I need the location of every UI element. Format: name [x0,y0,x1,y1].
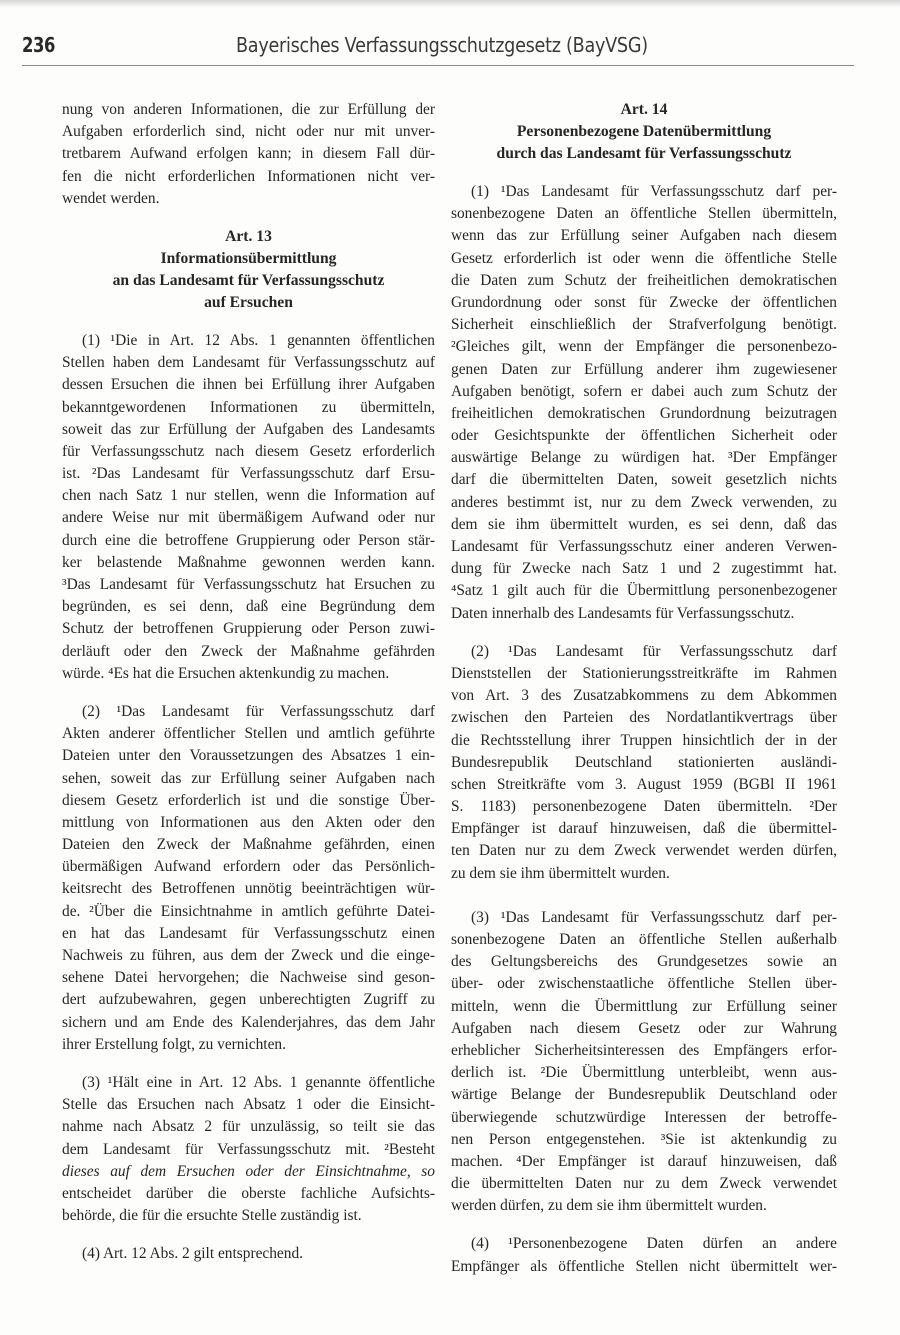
text-line: Nachweis zu führen, aus dem der Zweck un… [62,945,435,967]
article-title-line: Informationsübermittlung [62,248,435,270]
text-line: ²Gleiches gilt, wenn der Empfänger die p… [451,336,837,358]
text-line: dem Landesamt für Verfassungsschutz mit.… [62,1139,435,1161]
art14-paragraph-3: (3) ¹Das Landesamt für Verfassungsschutz… [451,907,837,1218]
text-line: dert aufzubewahren, gegen unberechtigten… [62,989,435,1011]
text-line: darf die übermittelten Daten, soweit ges… [451,469,837,491]
text-line: chen nach Satz 1 nur stellen, wenn die I… [62,485,435,507]
text-line: Grundordnung oder sonst für Zwecke der ö… [451,292,837,314]
text-line: Daten innerhalb des Landesamts für Verfa… [451,603,837,625]
article-title-line: an das Landesamt für Verfassungsschutz [62,270,435,292]
text-line: Schutz der betroffenen Gruppierung oder … [62,618,435,640]
art13-paragraph-2: (2) ¹Das Landesamt für Verfassungsschutz… [62,701,435,1056]
text-line: Landesamt für Verfassungsschutz einer an… [451,536,837,558]
text-line: (3) ¹Hält eine in Art. 12 Abs. 1 genannt… [62,1072,435,1094]
text-line: überwiegende schutzwürdige Interessen de… [451,1107,837,1129]
text-line: ⁴Satz 1 gilt auch für die Übermittlung p… [451,580,837,602]
text-line: zwischen den Parteien des Nordatlantikve… [451,707,837,729]
continued-paragraph: nung von anderen Informationen, die zur … [62,99,435,210]
text-line: wärtige Belange der Bundesrepublik Deuts… [451,1084,837,1106]
text-line: Aufgaben nach diesem Gesetz oder zur Wah… [451,1018,837,1040]
art14-paragraph-1: (1) ¹Das Landesamt für Verfassungsschutz… [451,181,837,625]
text-line: ³Das Landesamt für Verfassungsschutz hat… [62,574,435,596]
article-title-line: auf Ersuchen [62,292,435,314]
text-line: derläuft oder den Zweck der Maßnahme gef… [62,641,435,663]
text-line: diesem Gesetz erforderlich ist und die s… [62,790,435,812]
text-line: die Daten zum Schutz der freiheitlichen … [451,270,837,292]
article-title-line: durch das Landesamt für Verfassungsschut… [451,143,837,165]
text-line: sonenbezogene Daten an öffentliche Stell… [451,203,837,225]
text-line: S. 1183) personenbezogene Daten übermitt… [451,796,837,818]
text-line: (1) ¹Die in Art. 12 Abs. 1 genannten öff… [62,330,435,352]
page-number: 236 [22,33,55,57]
art13-paragraph-4: (4) Art. 12 Abs. 2 gilt entsprechend. [62,1243,435,1265]
art14-paragraph-4: (4) ¹Personenbezogene Daten dürfen an an… [451,1233,837,1277]
text-line: übermäßigen Aufwand erfordern oder das P… [62,856,435,878]
text-line: anderes bestimmt ist, nur zu dem Zweck v… [451,492,837,514]
text-line: machen. ⁴Der Empfänger ist darauf hinzuw… [451,1151,837,1173]
art14-paragraph-2: (2) ¹Das Landesamt für Verfassungsschutz… [451,641,837,885]
article-14-heading: Art. 14 Personenbezogene Datenübermittlu… [451,99,837,165]
text-line: Akten anderer öffentlicher Stellen und a… [62,723,435,745]
text-line: würde. ⁴Es hat die Ersuchen aktenkundig … [62,663,435,685]
art13-paragraph-3: (3) ¹Hält eine in Art. 12 Abs. 1 genannt… [62,1072,435,1227]
text-line: über- oder zwischenstaatliche öffentlich… [451,973,837,995]
text-line: keitsrecht des Betroffenen unnötig beein… [62,878,435,900]
text-line: begründen, es sei denn, daß eine Begründ… [62,596,435,618]
text-line: (2) ¹Das Landesamt für Verfassungsschutz… [62,701,435,723]
text-line: andere Weise nur mit übermäßigem Aufwand… [62,507,435,529]
article-number: Art. 13 [62,226,435,248]
text-line: ten Daten nur zu dem Zweck verwendet wer… [451,840,837,862]
text-line: freiheitlichen demokratischen Grundordnu… [451,403,837,425]
text-line: Aufgaben benötigt, sofern er dabei auch … [451,381,837,403]
text-line: sonenbezogene Daten an öffentliche Stell… [451,929,837,951]
text-line: behörde, die für die ersuchte Stelle zus… [62,1205,435,1227]
text-line: schen Streitkräfte vom 3. August 1959 (B… [451,774,837,796]
text-line: Sicherheit einschließlich der Strafverfo… [451,314,837,336]
text-line: nen Person entgegenstehen. ³Sie ist akte… [451,1129,837,1151]
text-line: nahme nach Absatz 2 für unzulässig, so t… [62,1116,435,1138]
text-line: Empfänger als öffentliche Stellen nicht … [451,1256,837,1278]
text-line: Aufgaben erforderlich sind, nicht oder n… [62,121,435,143]
article-number: Art. 14 [451,99,837,121]
text-line: für Verfassungsschutz nach diesem Gesetz… [62,441,435,463]
text-line: (2) ¹Das Landesamt für Verfassungsschutz… [451,641,837,663]
text-line: en hat das Landesamt für Verfassungsschu… [62,923,435,945]
text-line: (4) ¹Personenbezogene Daten dürfen an an… [451,1233,837,1255]
running-head: 236 Bayerisches Verfassungsschutzgesetz … [22,33,854,66]
text-line: soweit das zur Erfüllung der Aufgaben de… [62,419,435,441]
text-line: mitteln, wenn die Übermittlung zur Erfül… [451,996,837,1018]
text-line: dung für Zwecke nach Satz 1 und 2 zugest… [451,558,837,580]
text-line: tretbarem Aufwand erfolgen kann; in dies… [62,143,435,165]
text-line: wenn das zur Erfüllung seiner Aufgaben n… [451,225,837,247]
text-line: Bundesrepublik Deutschland stationierten… [451,752,837,774]
text-line: sehen, soweit das zur Erfüllung seiner A… [62,768,435,790]
text-line: Stelle das Ersuchen nach Absatz 1 oder d… [62,1094,435,1116]
text-line: sehene Datei hervorgehen; die Nachweise … [62,967,435,989]
article-title-line: Personenbezogene Datenübermittlung [451,121,837,143]
text-line: Gesetz erforderlich ist oder wenn die öf… [451,248,837,270]
text-line: derlich ist. ²Die Übermittlung unterblei… [451,1062,837,1084]
running-title: Bayerisches Verfassungsschutzgesetz (Bay… [236,33,648,57]
text-line: ist. ²Das Landesamt für Verfassungsschut… [62,463,435,485]
text-line: mittlung von Informationen aus den Akten… [62,812,435,834]
text-line: dieses auf dem Ersuchen oder der Einsich… [62,1161,435,1183]
text-line: de. ²Über die Einsichtnahme in amtlich g… [62,901,435,923]
left-column: nung von anderen Informationen, die zur … [62,99,435,1265]
text-line: Dateien den Zweck der Maßnahme gefährden… [62,834,435,856]
text-line: (4) Art. 12 Abs. 2 gilt entsprechend. [62,1243,435,1265]
text-line: zu dem sie ihm übermittelt wurden. [451,863,837,885]
text-line: Dienststellen der Stationierungsstreitkr… [451,663,837,685]
art13-paragraph-1: (1) ¹Die in Art. 12 Abs. 1 genannten öff… [62,330,435,685]
text-line: genen Daten zur Erfüllung anderer ihm zu… [451,359,837,381]
text-line: Stellen haben dem Landesamt für Verfassu… [62,352,435,374]
text-line: nung von anderen Informationen, die zur … [62,99,435,121]
text-line: die Rechtsstellung ihrer Truppen hinsich… [451,730,837,752]
text-line: fen die nicht erforderlichen Information… [62,166,435,188]
text-line: bekanntgewordenen Informationen zu überm… [62,397,435,419]
text-line: ihrer Erstellung folgt, zu vernichten. [62,1034,435,1056]
scan-edge-shadow [0,0,900,8]
right-column: Art. 14 Personenbezogene Datenübermittlu… [451,99,837,1278]
text-line: auswärtige Belange zu würdigen hat. ³Der… [451,447,837,469]
text-line: oder Gesichtspunkte der öffentlichen Sic… [451,425,837,447]
text-line: Empfänger ist darauf hinzuweisen, daß di… [451,818,837,840]
text-line: dessen Ersuchen die ihnen bei Erfüllung … [62,374,435,396]
text-line: entscheidet darüber die oberste fachlich… [62,1183,435,1205]
text-line: sichern und am Ende des Kalenderjahres, … [62,1012,435,1034]
text-line: des Geltungsbereichs des Grundgesetzes s… [451,951,837,973]
text-line: dem sie ihm übermittelt wurden, es sei d… [451,514,837,536]
text-line: wendet werden. [62,188,435,210]
text-line: (3) ¹Das Landesamt für Verfassungsschutz… [451,907,837,929]
text-line: (1) ¹Das Landesamt für Verfassungsschutz… [451,181,837,203]
text-line: erheblicher Sicherheitsinteressen des Em… [451,1040,837,1062]
text-line: die übermittelten Daten nur zu dem Zweck… [451,1173,837,1195]
text-line: Dateien unter den Voraussetzungen des Ab… [62,745,435,767]
article-13-heading: Art. 13 Informationsübermittlung an das … [62,226,435,314]
text-line: von Art. 3 des Zusatzabkommens zu dem Ab… [451,685,837,707]
text-line: ker belastende Maßnahme gewonnen werden … [62,552,435,574]
text-line: durch eine die betroffene Gruppierung od… [62,530,435,552]
text-line: werden dürfen, zu dem sie ihm übermittel… [451,1195,837,1217]
